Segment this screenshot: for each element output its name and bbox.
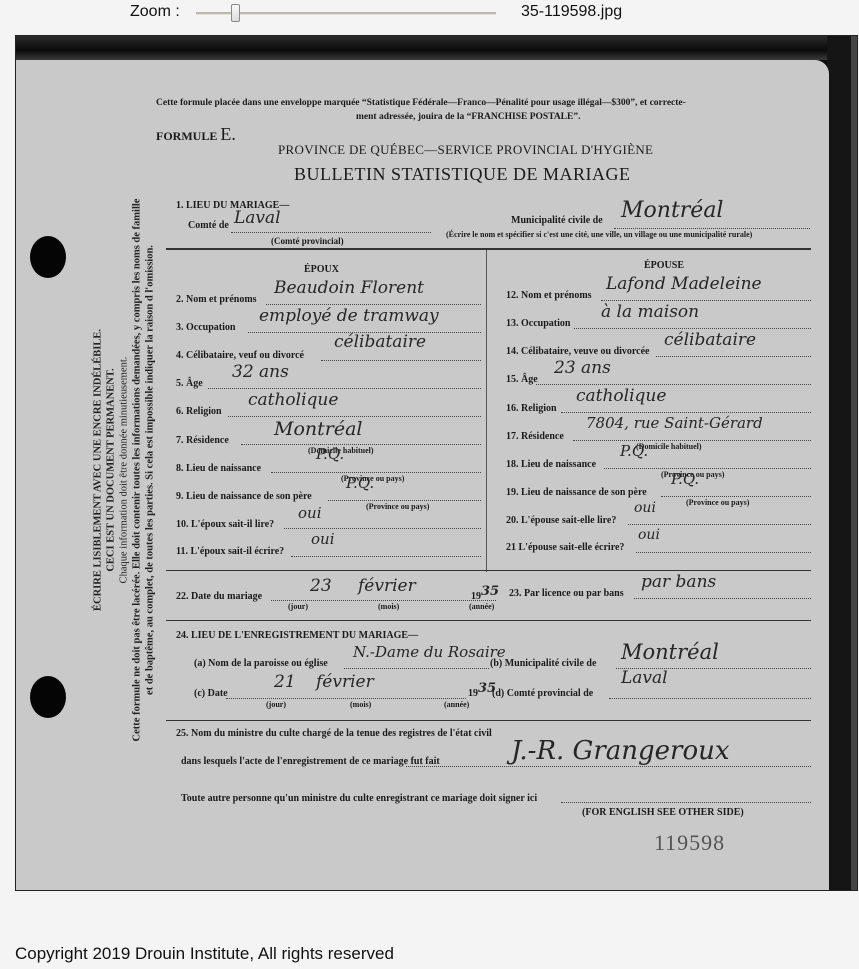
field-label: 19. Lieu de naissance de son père xyxy=(506,487,647,498)
field-hint: (jour) xyxy=(266,700,286,709)
document-image-viewer[interactable]: ÉCRIRE LISIBLEMENT AVEC UNE ENCRE INDÉLÉ… xyxy=(15,35,858,891)
field-label: 6. Religion xyxy=(176,406,222,417)
column-divider xyxy=(486,250,487,572)
field-line xyxy=(344,668,489,669)
field-label: 18. Lieu de naissance xyxy=(506,459,596,470)
date-mariage-label: 22. Date du mariage xyxy=(176,591,262,602)
binder-hole xyxy=(30,676,66,718)
enreg-comte-value: Laval xyxy=(621,668,668,688)
date-mariage-annee: 1935 xyxy=(471,588,499,603)
epoux-etat-value: célibataire xyxy=(334,332,426,352)
epoux-ecrire-value: oui xyxy=(311,530,335,548)
epouse-heading: ÉPOUSE xyxy=(644,260,684,271)
field-hint: (jour) xyxy=(288,602,308,611)
paroisse-label: (a) Nom de la paroisse ou église xyxy=(194,658,328,669)
field-label: 4. Célibataire, veuf ou divorcé xyxy=(176,350,304,361)
field-line xyxy=(634,598,811,599)
side-instruction-line: Cette formule ne doit pas être lacérée. … xyxy=(131,100,144,840)
side-instruction-line: et de baptême, au complet, de toutes les… xyxy=(144,100,157,840)
field-line xyxy=(609,698,811,699)
form-letter: E. xyxy=(220,124,236,144)
field-label: 5. Âge xyxy=(176,378,203,389)
field-line xyxy=(271,600,496,601)
serial-number: 119598 xyxy=(654,830,725,856)
field-label: 21 L'épouse sait-elle écrire? xyxy=(506,542,624,553)
field-label: 15. Âge xyxy=(506,374,538,385)
field-line xyxy=(208,388,481,389)
page-title: BULLETIN STATISTIQUE DE MARIAGE xyxy=(294,164,631,185)
field-line xyxy=(574,328,811,329)
side-instruction-line: Chaque information doit être donnée minu… xyxy=(118,100,131,840)
epoux-lire-value: oui xyxy=(298,504,322,522)
field-line xyxy=(536,384,811,385)
field-line xyxy=(328,500,481,501)
province-heading: PROVINCE DE QUÉBEC—SERVICE PROVINCIAL D'… xyxy=(278,142,653,158)
field-label: 13. Occupation xyxy=(506,318,570,329)
epouse-lire-value: oui xyxy=(634,500,656,516)
scan-edge-strip xyxy=(851,36,857,890)
field-line xyxy=(321,360,481,361)
field-label: 7. Résidence xyxy=(176,435,229,446)
enreg-date-label: (c) Date xyxy=(194,688,228,699)
epoux-residence-value: Montréal xyxy=(274,418,363,440)
field-line xyxy=(601,300,811,301)
municipalite-label: Municipalité civile de xyxy=(511,215,603,226)
field-line xyxy=(656,356,811,357)
epouse-naissance-pere-value: P.Q. xyxy=(671,470,699,488)
enreg-municipalite-value: Montréal xyxy=(621,640,719,664)
enreg-mois: février xyxy=(316,672,374,692)
field-hint: (année) xyxy=(444,700,469,709)
ministre-label-2: dans lesquels l'acte de l'enregistrement… xyxy=(181,756,440,767)
enreg-municipalite-label: (b) Municipalité civile de xyxy=(490,658,596,669)
field-label: 9. Lieu de naissance de son père xyxy=(176,491,312,502)
epoux-nom-value: Beaudoin Florent xyxy=(274,278,424,298)
enreg-jour: 21 xyxy=(274,672,296,692)
annee-prefix: 19 xyxy=(468,688,478,699)
epouse-naissance-value: P.Q. xyxy=(620,442,648,460)
municipalite-value: Montréal xyxy=(621,198,723,223)
postal-notice-line2: ment adressée, jouira de la “FRANCHISE P… xyxy=(356,112,580,122)
epouse-age-value: 23 ans xyxy=(554,358,611,378)
viewer-toolbar: Zoom : 35-119598.jpg xyxy=(0,0,859,28)
date-mariage-jour: 23 xyxy=(310,576,332,596)
side-instruction-line: ÉCRIRE LISIBLEMENT AVEC UNE ENCRE INDÉLÉ… xyxy=(92,100,105,840)
comte-hint: (Comté provincial) xyxy=(271,236,344,246)
field-line xyxy=(228,416,481,417)
field-hint: (Province ou pays) xyxy=(366,502,429,511)
postal-notice-line1: Cette formule placée dans une enveloppe … xyxy=(156,98,686,108)
autre-personne-label: Toute autre personne qu'un ministre du c… xyxy=(181,793,537,804)
field-label: 3. Occupation xyxy=(176,322,235,333)
form-label-text: FORMULE xyxy=(156,129,217,143)
ministre-label: 25. Nom du ministre du culte chargé de l… xyxy=(176,728,492,739)
scan-border-top xyxy=(16,36,857,60)
field-line xyxy=(636,552,811,553)
field-label: 12. Nom et prénoms xyxy=(506,290,592,301)
licence-label: 23. Par licence ou par bans xyxy=(509,588,624,599)
epoux-naissance-pere-value: P.Q. xyxy=(346,474,374,492)
field-hint: (année) xyxy=(469,602,494,611)
divider xyxy=(166,570,811,571)
field-label: 17. Résidence xyxy=(506,431,564,442)
enreg-comte-label: (d) Comté provincial de xyxy=(492,688,593,699)
field-line xyxy=(284,528,481,529)
field-line xyxy=(628,524,811,525)
date-mariage-mois: février xyxy=(358,576,416,596)
epoux-naissance-value: P.Q. xyxy=(316,445,344,463)
field-line xyxy=(291,556,481,557)
epoux-heading: ÉPOUX xyxy=(304,264,339,275)
field-label: 8. Lieu de naissance xyxy=(176,463,261,474)
copyright-footer: Copyright 2019 Drouin Institute, All rig… xyxy=(15,944,394,964)
binder-hole xyxy=(30,236,66,278)
epoux-age-value: 32 ans xyxy=(232,362,289,382)
epouse-nom-value: Lafond Madeleine xyxy=(606,274,762,294)
divider xyxy=(166,248,811,250)
comte-value: Laval xyxy=(234,208,281,228)
field-line xyxy=(231,232,431,233)
english-note: (FOR ENGLISH SEE OTHER SIDE) xyxy=(582,807,744,818)
side-instruction-line: CECI EST UN DOCUMENT PERMANENT. xyxy=(105,100,118,840)
field-line xyxy=(604,468,811,469)
signature-line xyxy=(406,766,811,767)
enregistrement-label: 24. LIEU DE L'ENREGISTREMENT DU MARIAGE— xyxy=(176,630,418,641)
ministre-signature: J.-R. Grangeroux xyxy=(511,736,730,766)
field-hint: (mois) xyxy=(350,700,371,709)
epoux-religion-value: catholique xyxy=(248,390,338,410)
zoom-slider-thumb[interactable] xyxy=(231,4,240,22)
side-instructions: ÉCRIRE LISIBLEMENT AVEC UNE ENCRE INDÉLÉ… xyxy=(79,100,169,840)
field-line xyxy=(226,698,466,699)
licence-value: par bans xyxy=(641,572,716,592)
field-line xyxy=(271,472,481,473)
field-line xyxy=(241,444,481,445)
field-label: 11. L'époux sait-il écrire? xyxy=(176,546,284,557)
field-label: 2. Nom et prénoms xyxy=(176,294,257,305)
paroisse-value: N.-Dame du Rosaire xyxy=(353,643,506,661)
signature-line xyxy=(561,802,811,803)
epouse-residence-value: 7804, rue Saint-Gérard xyxy=(586,414,763,432)
field-line xyxy=(614,228,810,229)
marriage-bulletin-scan: ÉCRIRE LISIBLEMENT AVEC UNE ENCRE INDÉLÉ… xyxy=(16,60,829,891)
annee-prefix: 19 xyxy=(471,591,481,602)
field-label: 14. Célibataire, veuve ou divorcée xyxy=(506,346,650,357)
field-hint: (Province ou pays) xyxy=(686,498,749,507)
comte-label: Comté de xyxy=(188,220,229,231)
field-label: 10. L'époux sait-il lire? xyxy=(176,519,274,530)
field-line xyxy=(266,304,481,305)
zoom-label: Zoom : xyxy=(130,3,180,21)
zoom-slider[interactable] xyxy=(196,4,496,22)
field-hint: (mois) xyxy=(378,602,399,611)
field-label: 20. L'épouse sait-elle lire? xyxy=(506,515,616,526)
file-name: 35-119598.jpg xyxy=(521,3,622,21)
epouse-religion-value: catholique xyxy=(576,386,666,406)
form-label: FORMULE E. xyxy=(156,124,236,145)
field-line xyxy=(573,440,811,441)
field-line xyxy=(661,496,811,497)
divider xyxy=(166,720,811,721)
epouse-etat-value: célibataire xyxy=(664,330,756,350)
zoom-slider-track[interactable] xyxy=(196,12,496,15)
divider xyxy=(166,620,811,621)
epouse-occupation-value: à la maison xyxy=(601,302,699,322)
annee-value: 35 xyxy=(481,584,499,599)
epouse-ecrire-value: oui xyxy=(638,527,660,543)
field-line xyxy=(561,412,811,413)
field-label: 16. Religion xyxy=(506,403,557,414)
municipalite-hint: (Écrire le nom et spécifier si c'est une… xyxy=(446,230,752,239)
epoux-occupation-value: employé de tramway xyxy=(259,306,439,326)
